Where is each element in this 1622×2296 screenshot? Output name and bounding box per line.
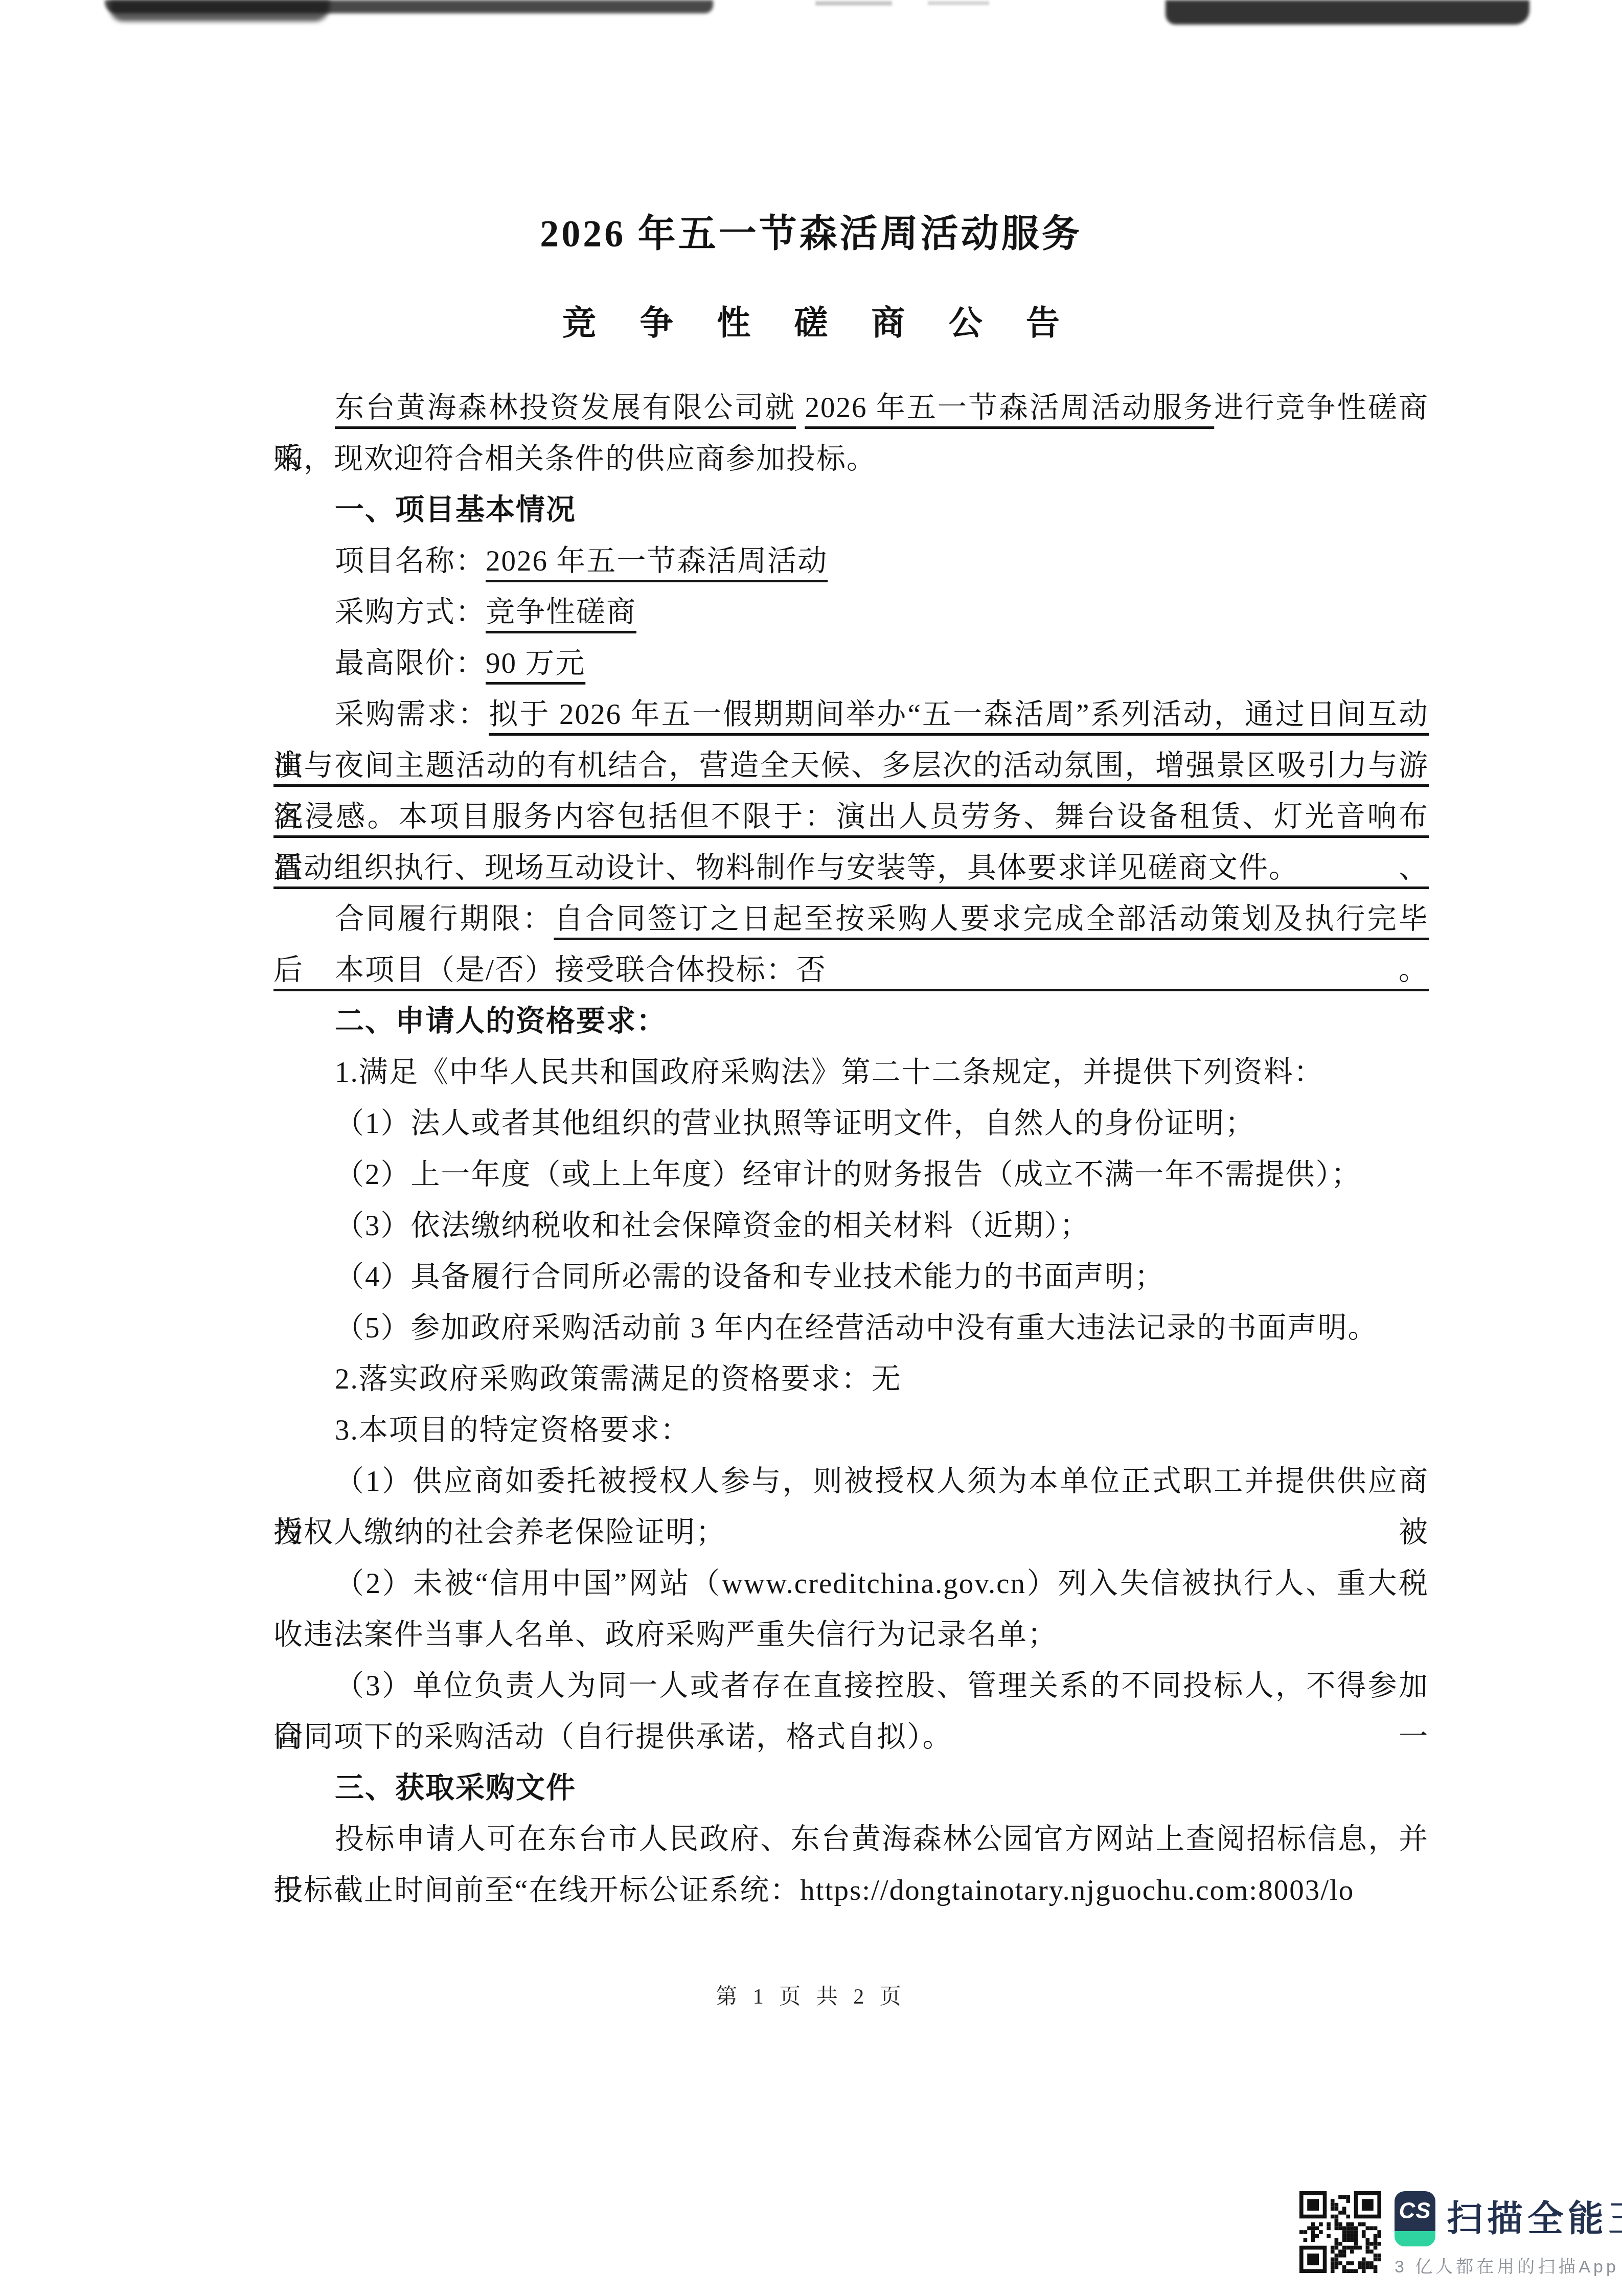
scan-artifact xyxy=(815,1,892,6)
doc-text: 购，现欢迎符合相关条件的供应商参加投标。 xyxy=(273,443,877,475)
doc-line: 三、获取采购文件 xyxy=(273,1763,1429,1814)
camscanner-app-icon: CS xyxy=(1395,2191,1435,2246)
document-body: 东台黄海森林投资发展有限公司就 2026 年五一节森活周活动服务进行竞争性磋商采… xyxy=(273,382,1429,1916)
doc-text: 2.落实政府采购政策需满足的资格要求：无 xyxy=(335,1363,902,1395)
doc-line: （4）具备履行合同所必需的设备和专业技术能力的书面声明； xyxy=(273,1252,1429,1303)
page-number-footer: 第 1 页 共 2 页 xyxy=(0,1980,1622,2010)
filled-blank-text: 竞争性磋商 xyxy=(486,596,636,628)
camscanner-tagline: 3 亿人都在用的扫描App xyxy=(1395,2253,1622,2278)
doc-text: 1.满足《中华人民共和国政府采购法》第二十二条规定，并提供下列资料： xyxy=(335,1056,1324,1088)
doc-text: （2）未被“信用中国”网站（www.creditchina.gov.cn）列入失… xyxy=(335,1567,1429,1600)
doc-line: 最高限价：90 万元 xyxy=(273,638,1429,689)
doc-line: （2）上一年度（或上上年度）经审计的财务报告（成立不满一年不需提供）； xyxy=(273,1149,1429,1200)
scan-artifact xyxy=(928,1,989,5)
doc-text: 二、申请人的资格要求： xyxy=(335,1005,667,1037)
doc-line: （5）参加政府采购活动前 3 年内在经营活动中没有重大违法记录的书面声明。 xyxy=(273,1303,1429,1354)
doc-line: （2）未被“信用中国”网站（www.creditchina.gov.cn）列入失… xyxy=(273,1558,1429,1609)
doc-line: 投标截止时间前至“在线开标公证系统：https://dongtainotary.… xyxy=(273,1865,1429,1916)
cs-icon-green-bar xyxy=(1395,2231,1435,2246)
doc-line: 沉浸感。本项目服务内容包括但不限于：演出人员劳务、舞台设备租赁、灯光音响布置、 xyxy=(273,791,1429,843)
document-title: 2026 年五一节森活周活动服务 xyxy=(0,203,1622,258)
doc-text: 本项目（是/否）接受联合体投标： xyxy=(335,954,796,986)
doc-text: 投标截止时间前至“在线开标公证系统：https://dongtainotary.… xyxy=(273,1874,1354,1906)
doc-text xyxy=(796,392,805,424)
filled-blank-text: 2026 年五一节森活周活动服务 xyxy=(805,392,1214,424)
doc-text: （3）依法缴纳税收和社会保障资金的相关材料（近期）； xyxy=(335,1210,1090,1242)
doc-text: 最高限价： xyxy=(335,647,486,679)
doc-text: （5）参加政府采购活动前 3 年内在经营活动中没有重大违法记录的书面声明。 xyxy=(335,1312,1378,1344)
filled-blank-text: 90 万元 xyxy=(486,647,585,679)
doc-line: 3.本项目的特定资格要求： xyxy=(273,1405,1429,1456)
doc-text: （4）具备履行合同所必需的设备和专业技术能力的书面声明； xyxy=(335,1261,1165,1293)
qr-code-icon xyxy=(1299,2191,1381,2273)
doc-line: 收违法案件当事人名单、政府采购严重失信行为记录名单； xyxy=(273,1609,1429,1661)
filled-blank-text: 活动组织执行、现场互动设计、物料制作与安装等，具体要求详见磋商文件。 xyxy=(273,852,1299,884)
doc-line: 2.落实政府采购政策需满足的资格要求：无 xyxy=(273,1354,1429,1405)
scan-artifact xyxy=(110,0,330,21)
doc-text: 一、项目基本情况 xyxy=(335,494,576,526)
filled-blank-text: 2026 年五一节森活周活动 xyxy=(486,545,828,577)
doc-line: 活动组织执行、现场互动设计、物料制作与安装等，具体要求详见磋商文件。 xyxy=(273,843,1429,894)
camscanner-app-name: 扫描全能王 xyxy=(1447,2191,1622,2246)
doc-line: 出与夜间主题活动的有机结合，营造全天候、多层次的活动氛围，增强景区吸引力与游客 xyxy=(273,740,1429,791)
doc-text: 3.本项目的特定资格要求： xyxy=(335,1414,691,1446)
doc-line: 二、申请人的资格要求： xyxy=(273,996,1429,1047)
document-subtitle: 竞 争 性 磋 商 公 告 xyxy=(0,295,1622,344)
doc-line: （3）单位负责人为同一人或者存在直接控股、管理关系的不同投标人，不得参加同一 xyxy=(273,1661,1429,1712)
doc-line: 1.满足《中华人民共和国政府采购法》第二十二条规定，并提供下列资料： xyxy=(273,1047,1429,1098)
doc-line: 项目名称：2026 年五一节森活周活动 xyxy=(273,536,1429,587)
doc-line: 东台黄海森林投资发展有限公司就 2026 年五一节森活周活动服务进行竞争性磋商采 xyxy=(273,382,1429,434)
doc-line: 一、项目基本情况 xyxy=(273,485,1429,536)
doc-text: 合同履行期限： xyxy=(335,903,554,935)
doc-line: 采购方式：竞争性磋商 xyxy=(273,587,1429,638)
scan-artifact xyxy=(105,0,713,13)
doc-line: 购，现欢迎符合相关条件的供应商参加投标。 xyxy=(273,434,1429,485)
doc-line: 合同履行期限：自合同签订之日起至按采购人要求完成全部活动策划及执行完毕后。 xyxy=(273,894,1429,945)
doc-line: （1）供应商如委托被授权人参与，则被授权人须为本单位正式职工并提供供应商为被 xyxy=(273,1456,1429,1507)
doc-text: 采购方式： xyxy=(335,596,486,628)
camscanner-watermark: CS 扫描全能王 3 亿人都在用的扫描App xyxy=(1299,2191,1622,2278)
scan-artifact xyxy=(1166,0,1529,25)
filled-blank-text: 东台黄海森林投资发展有限公司就 xyxy=(335,392,796,424)
doc-text: 项目名称： xyxy=(335,545,486,577)
doc-text: 收违法案件当事人名单、政府采购严重失信行为记录名单； xyxy=(273,1619,1058,1651)
doc-text: 合同项下的采购活动（自行提供承诺，格式自拟）。 xyxy=(273,1721,953,1753)
scanned-document-page: { "document": { "title": "2026 年五一节森活周活动… xyxy=(0,0,1622,2296)
doc-text: （1）法人或者其他组织的营业执照等证明文件，自然人的身份证明； xyxy=(335,1107,1255,1140)
doc-line: （3）依法缴纳税收和社会保障资金的相关材料（近期）； xyxy=(273,1200,1429,1252)
doc-line: 投标申请人可在东台市人民政府、东台黄海森林公园官方网站上查阅招标信息，并于 xyxy=(273,1814,1429,1865)
cs-initials: CS xyxy=(1395,2191,1435,2231)
doc-text: 授权人缴纳的社会养老保险证明； xyxy=(273,1516,726,1549)
doc-line: （1）法人或者其他组织的营业执照等证明文件，自然人的身份证明； xyxy=(273,1098,1429,1149)
doc-text: 三、获取采购文件 xyxy=(335,1772,576,1804)
doc-line: 采购需求：拟于 2026 年五一假期期间举办“五一森活周”系列活动，通过日间互动… xyxy=(273,689,1429,740)
filled-blank-text: 否 xyxy=(796,954,827,986)
doc-text: 采购需求： xyxy=(335,698,489,731)
doc-text: （2）上一年度（或上上年度）经审计的财务报告（成立不满一年不需提供）； xyxy=(335,1158,1361,1191)
